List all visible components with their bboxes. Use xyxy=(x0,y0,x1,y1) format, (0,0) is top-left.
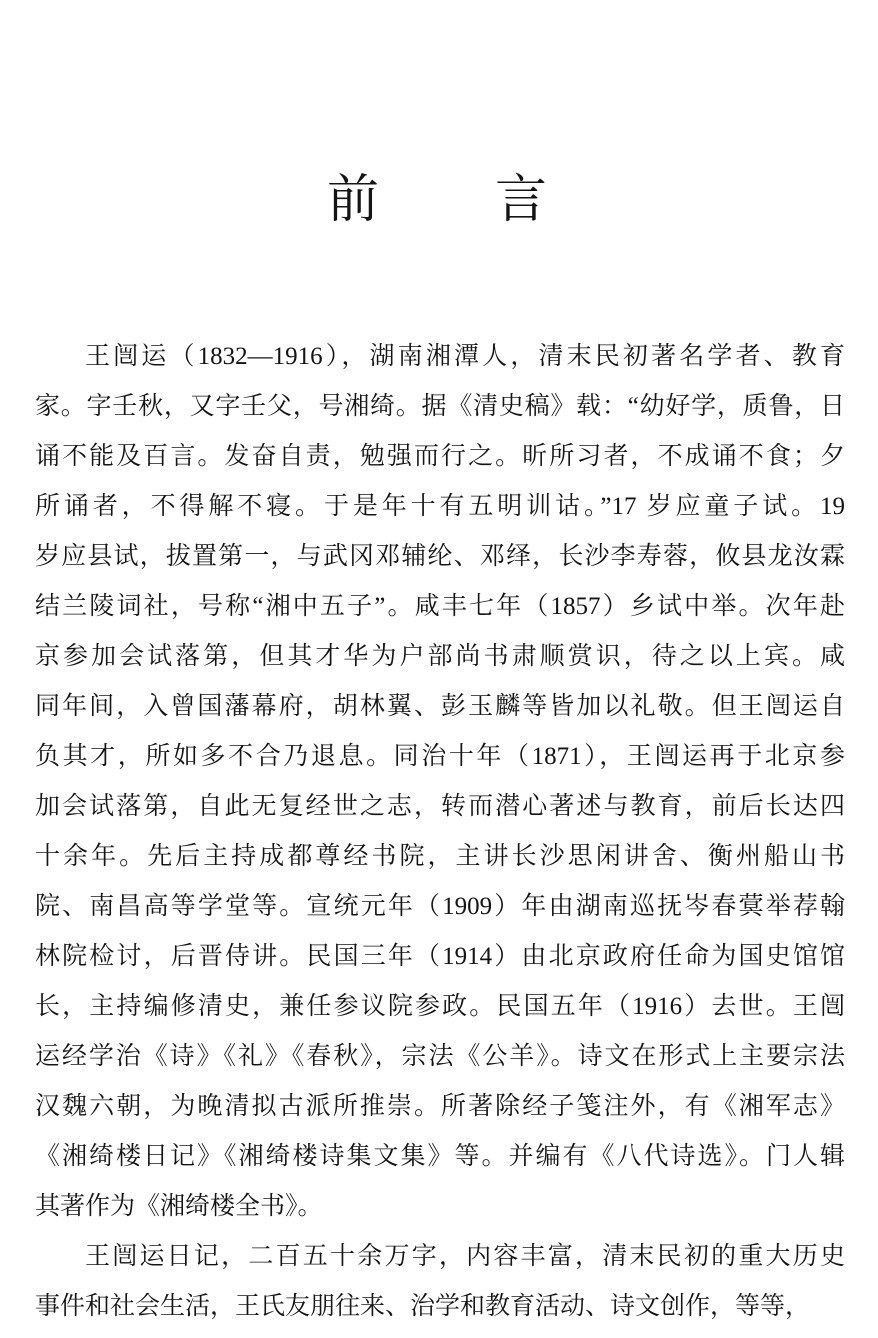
text-line: 汉魏六朝，为晚清拟古派所推崇。所著除经子笺注外，有《湘军志》 xyxy=(35,1082,845,1132)
text-line: 同年间，入曾国藩幕府，胡林翼、彭玉麟等皆加以礼敬。但王闿运自 xyxy=(35,682,845,732)
text-line: 其著作为《湘绮楼全书》。 xyxy=(35,1182,845,1232)
book-page: 前 言 王闿运（1832—1916），湖南湘潭人，清末民初著名学者、教育家。字壬… xyxy=(0,0,878,1338)
text-line: 《湘绮楼日记》《湘绮楼诗集文集》等。并编有《八代诗选》。门人辑 xyxy=(35,1132,845,1182)
text-line: 王闿运（1832—1916），湖南湘潭人，清末民初著名学者、教育 xyxy=(35,332,845,382)
text-line: 王闿运日记，二百五十余万字，内容丰富，清末民初的重大历史 xyxy=(35,1232,845,1282)
page-title: 前 言 xyxy=(0,0,878,232)
text-line: 京参加会试落第，但其才华为户部尚书肃顺赏识，待之以上宾。咸 xyxy=(35,632,845,682)
text-line: 岁应县试，拔置第一，与武冈邓辅纶、邓绎，长沙李寿蓉，攸县龙汝霖 xyxy=(35,532,845,582)
text-line: 运经学治《诗》《礼》《春秋》，宗法《公羊》。诗文在形式上主要宗法 xyxy=(35,1032,845,1082)
text-line: 家。字壬秋，又字壬父，号湘绮。据《清史稿》载：“幼好学，质鲁，日 xyxy=(35,382,845,432)
text-line: 结兰陵词社，号称“湘中五子”。咸丰七年（1857）乡试中举。次年赴 xyxy=(35,582,845,632)
text-line: 加会试落第，自此无复经世之志，转而潜心著述与教育，前后长达四 xyxy=(35,782,845,832)
text-line: 诵不能及百言。发奋自责，勉强而行之。昕所习者，不成诵不食；夕 xyxy=(35,432,845,482)
text-line: 林院检讨，后晋侍讲。民国三年（1914）由北京政府任命为国史馆馆 xyxy=(35,932,845,982)
text-line: 所诵者，不得解不寝。于是年十有五明训诂。”17 岁应童子试。19 xyxy=(35,482,845,532)
text-line: 院、南昌高等学堂等。宣统元年（1909）年由湖南巡抚岑春蓂举荐翰 xyxy=(35,882,845,932)
text-line: 负其才，所如多不合乃退息。同治十年（1871），王闿运再于北京参 xyxy=(35,732,845,782)
text-line: 十余年。先后主持成都尊经书院，主讲长沙思闲讲舍、衡州船山书 xyxy=(35,832,845,882)
body-text: 王闿运（1832—1916），湖南湘潭人，清末民初著名学者、教育家。字壬秋，又字… xyxy=(0,332,878,1332)
text-line: 长，主持编修清史，兼任参议院参政。民国五年（1916）去世。王闿 xyxy=(35,982,845,1032)
text-line: 事件和社会生活，王氏友朋往来、治学和教育活动、诗文创作，等等， xyxy=(35,1282,845,1332)
